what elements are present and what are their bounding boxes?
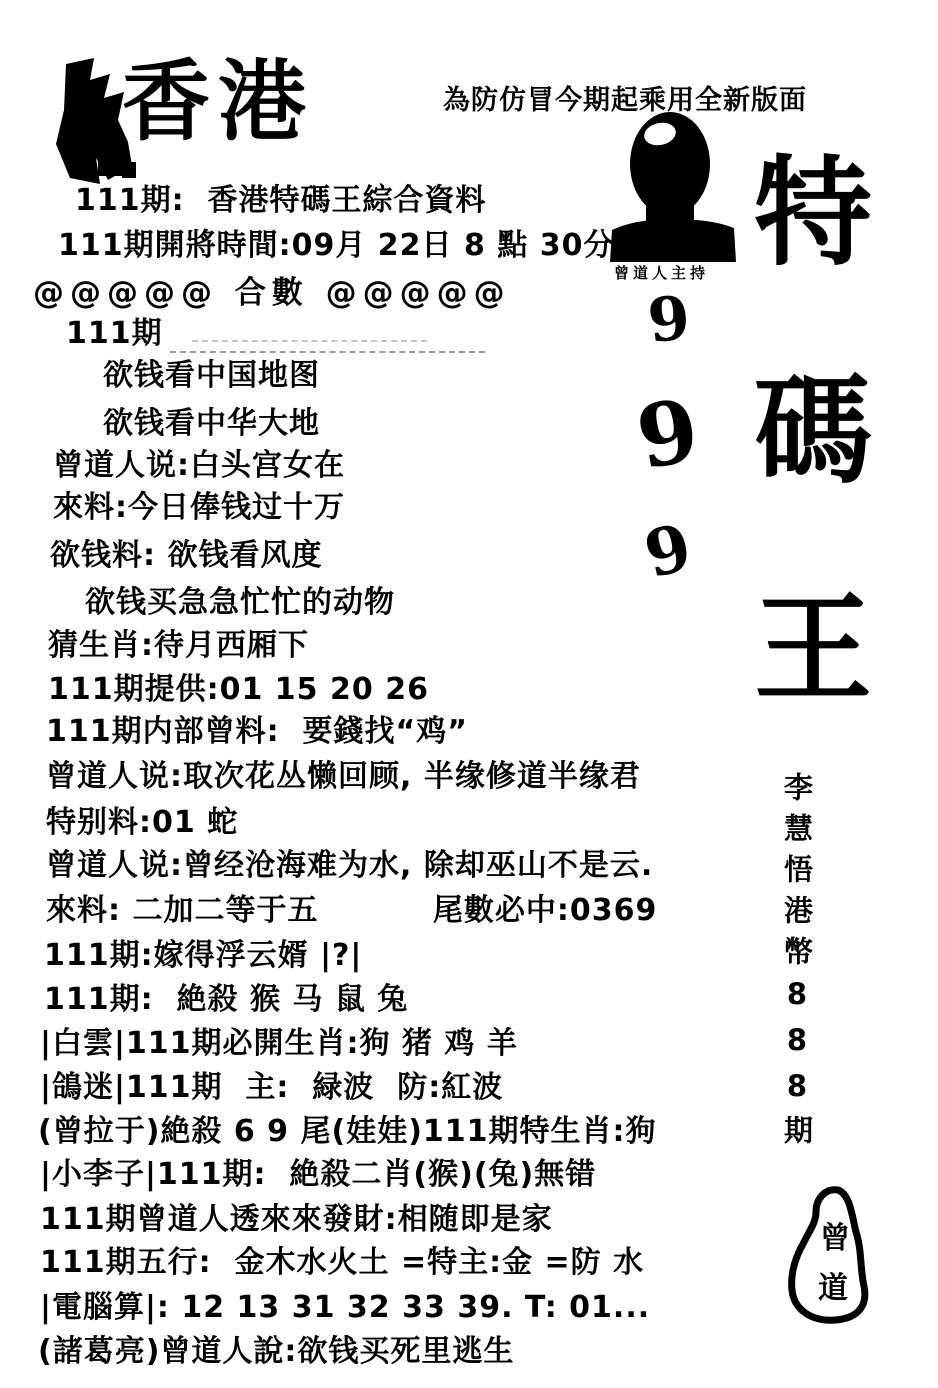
side-column-vertical: 李慧悟港幣888期 — [782, 772, 811, 1156]
doc-line-internal-tip: 111期内部曾料: 要錢找“鸡” — [46, 717, 468, 747]
doc-line-hint-map: 欲钱看中国地图 — [103, 361, 320, 391]
region-title: 香港 — [122, 58, 314, 146]
doc-line-verse: 111期:嫁得浮云婿 |?| — [44, 941, 362, 971]
doc-line-zenglayu: (曾拉于)絶殺 6 9 尾(娃娃)111期特生肖:狗 — [38, 1117, 657, 1147]
portrait-caption: 曾道人主持 — [614, 262, 709, 283]
scanned-lottery-sheet: 香港 為防仿冒今期起乘用全新版面 曾道人主持 9 9 9 特碼王 李慧悟港幣88… — [0, 0, 938, 1388]
doc-line-facai: 111期曾道人透來來發財:相随即是家 — [40, 1205, 553, 1235]
doc-line-five-elements: 111期五行: 金木水火土 =特主:金 =防 水 — [40, 1248, 644, 1278]
doc-line-gemi-wave: |鴿迷|111期 主: 緑波 防:紅波 — [40, 1073, 503, 1103]
doc-line-zengdaoren-3: 曾道人说:曾经沧海难为水, 除却巫山不是云. — [46, 851, 653, 881]
digit-nine-3: 9 — [639, 516, 698, 589]
doc-line-zengdaoren-1: 曾道人说:白头宫女在 — [53, 451, 345, 481]
doc-line-zengdaoren-2: 曾道人说:取次花丛懒回顾, 半缘修道半缘君 — [46, 762, 641, 792]
doc-line-xiaolizi: |小李子|111期: 絶殺二肖(猴)(兔)無错 — [40, 1160, 596, 1190]
doc-line-tail-must-hit: 來料: 二加二等于五 尾數必中:0369 — [46, 896, 657, 926]
digit-nine-1: 9 — [645, 288, 693, 352]
seal-bottom-char: 道 — [818, 1271, 848, 1306]
dashed-underline — [170, 351, 485, 353]
seal-top-char: 曾 — [820, 1221, 850, 1256]
doc-line-computer-calc: |電腦算|: 12 13 31 32 33 39. T: 01... — [40, 1293, 650, 1323]
gourd-seal: 曾 道 — [786, 1186, 878, 1326]
doc-line-zhugeliang: (諸葛亮)曾道人說:欲钱买死里逃生 — [38, 1337, 514, 1367]
doc-line-hint-land: 欲钱看中华大地 — [103, 409, 320, 439]
masthead-title-vertical: 特碼王 — [744, 150, 862, 804]
person-silhouette-icon — [598, 106, 746, 266]
doc-line-yuqian-liao: 欲钱料: 欲钱看风度 — [50, 541, 322, 571]
doc-line-guess-zodiac: 猜生肖:待月西厢下 — [48, 631, 309, 661]
doc-line-title: 111期: 香港特碼王綜合資料 — [75, 186, 487, 216]
doc-line-provided-numbers: 111期提供:01 15 20 26 — [48, 675, 429, 705]
doc-line-yuqian-animal: 欲钱买急急忙忙的动物 — [85, 588, 395, 618]
doc-line-at-row: @@@@@ 合數 @@@@@ — [33, 278, 511, 309]
doc-line-issue: 111期 — [66, 319, 163, 349]
doc-line-baiyun: |白雲|111期必開生肖:狗 猪 鸡 羊 — [40, 1029, 518, 1059]
digit-nine-2: 9 — [631, 387, 705, 482]
doc-line-kill-zodiac: 111期: 絶殺 猴 马 鼠 兔 — [44, 985, 408, 1015]
doc-line-special-tip: 特别料:01 蛇 — [46, 808, 238, 838]
dashed-underline-upper — [192, 340, 427, 342]
doc-line-laailiu-1: 來料:今日俸钱过十万 — [53, 493, 345, 523]
doc-line-draw-time: 111期開將時間:09月 22日 8 點 30分 — [58, 231, 615, 261]
